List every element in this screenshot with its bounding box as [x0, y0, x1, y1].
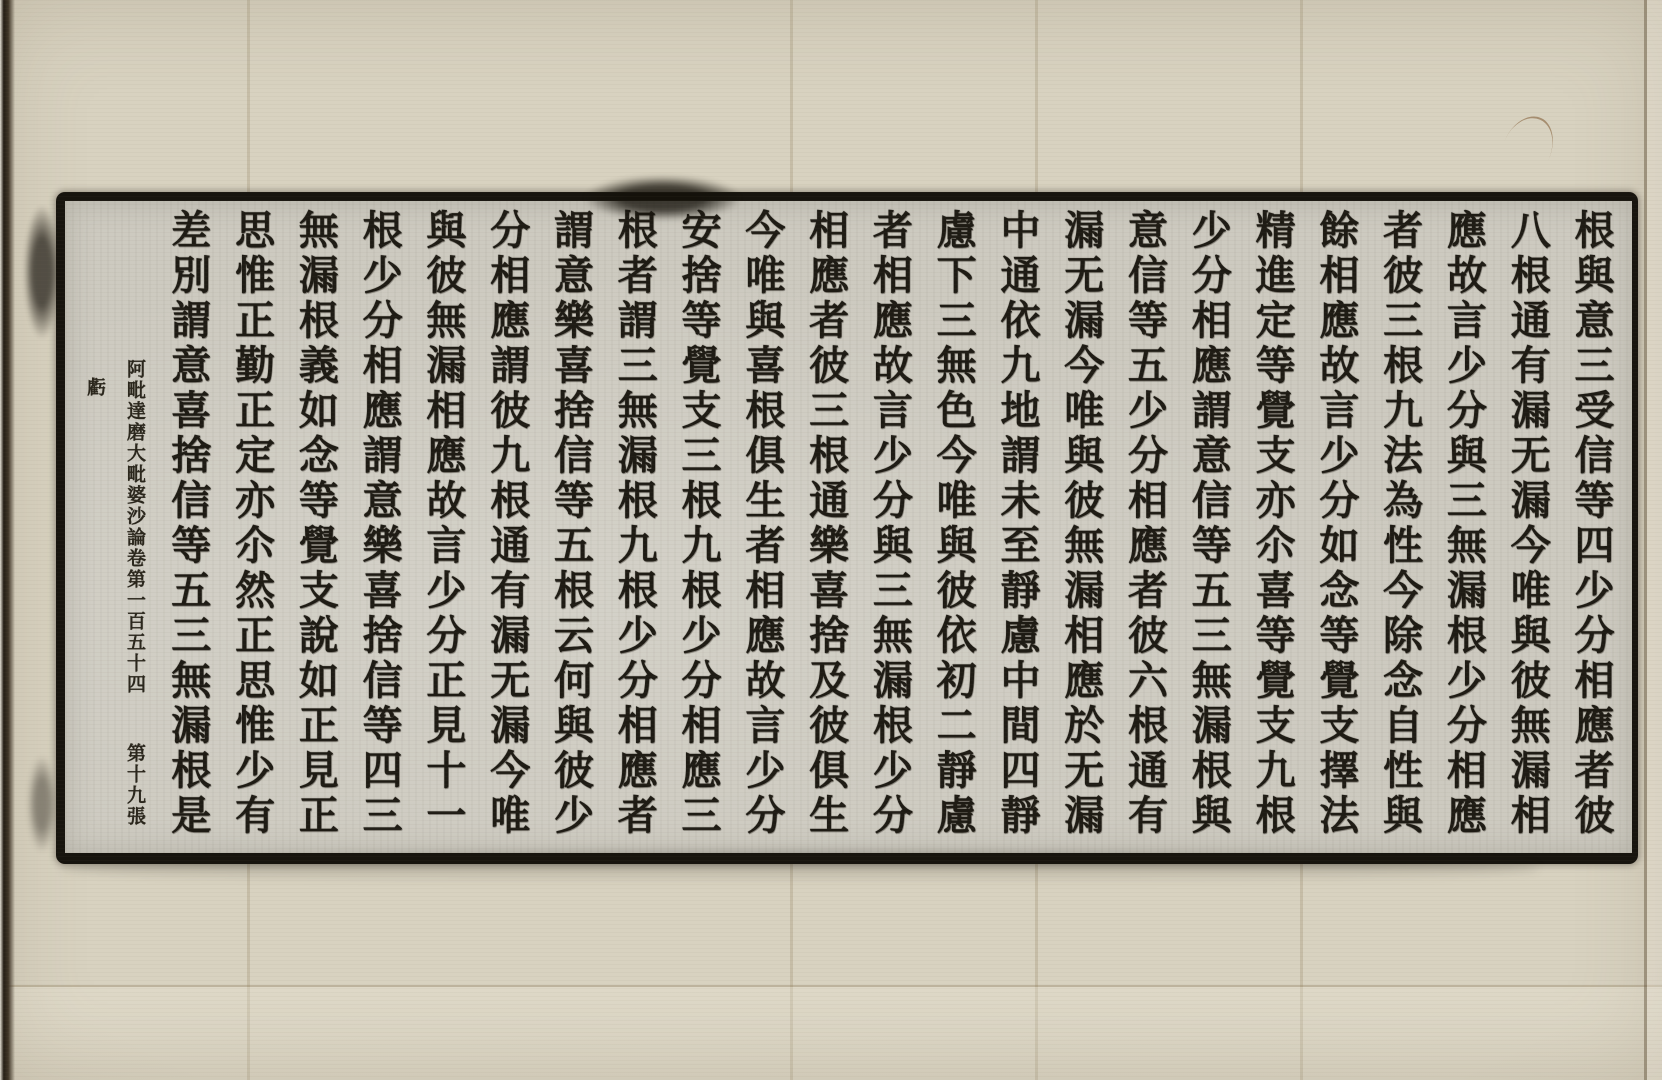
text-column: 安捨等覺支三根九根少分相應三 — [667, 209, 729, 845]
text-block-frame: 根與意三受信等四少分相應者彼 八根通有漏无漏今唯與彼無漏相 應故言少分與三無漏根… — [56, 192, 1638, 864]
colophon-column: 阿毗達磨大毗婆沙論卷第一百五十四 第十九張 虧 — [75, 209, 155, 845]
text-column: 根與意三受信等四少分相應者彼 — [1560, 209, 1622, 845]
text-column: 八根通有漏无漏今唯與彼無漏相 — [1496, 209, 1558, 845]
text-column: 慮下三無色今唯與彼依初二靜慮 — [922, 209, 984, 845]
text-column: 相應者彼三根通樂喜捨及彼俱生 — [795, 209, 857, 845]
colophon-title: 阿毗達磨大毗婆沙論卷第一百五十四 — [124, 359, 146, 695]
text-column: 根者謂三無漏根九根少分相應者 — [603, 209, 665, 845]
text-column: 差別謂意喜捨信等五三無漏根是 — [157, 209, 219, 845]
text-column: 根少分相應謂意樂喜捨信等四三 — [348, 209, 410, 845]
text-column: 者相應故言少分與三無漏根少分 — [858, 209, 920, 845]
text-column: 與彼無漏相應故言少分正見十一 — [412, 209, 474, 845]
text-column: 謂意樂喜捨信等五根云何與彼少 — [539, 209, 601, 845]
text-column: 今唯與喜根俱生者相應故言少分 — [731, 209, 793, 845]
text-column: 思惟正勤正定亦尒然正思惟少有 — [221, 209, 283, 845]
text-column: 意信等五少分相應者彼六根通有 — [1114, 209, 1176, 845]
text-column: 應故言少分與三無漏根少分相應 — [1432, 209, 1494, 845]
scanned-sutra-page: 根與意三受信等四少分相應者彼 八根通有漏无漏今唯與彼無漏相 應故言少分與三無漏根… — [0, 0, 1662, 1080]
text-columns: 根與意三受信等四少分相應者彼 八根通有漏无漏今唯與彼無漏相 應故言少分與三無漏根… — [65, 201, 1632, 853]
colophon-volume-marker: 虧 — [84, 377, 106, 398]
text-column: 精進定等覺支亦尒喜等覺支九根 — [1241, 209, 1303, 845]
text-column: 餘相應故言少分如念等覺支擇法 — [1305, 209, 1367, 845]
ink-blot-left-margin — [28, 756, 56, 852]
page-right-margin — [1647, 0, 1662, 1080]
text-column: 少分相應謂意信等五三無漏根與 — [1177, 209, 1239, 845]
text-column: 無漏根義如念等覺支說如正見正 — [284, 209, 346, 845]
page-right-edge-crease — [1644, 0, 1647, 1080]
colophon-sheet-number: 第十九張 — [124, 743, 146, 827]
text-column: 分相應謂彼九根通有漏无漏今唯 — [476, 209, 538, 845]
paper-fibre-mark — [1501, 108, 1563, 168]
ink-blot-left-margin — [24, 206, 60, 338]
text-column: 中通依九地謂未至靜慮中間四靜 — [986, 209, 1048, 845]
page-left-edge — [0, 0, 15, 1080]
paper-fold-band — [0, 987, 1662, 1080]
text-column: 漏无漏今唯與彼無漏相應於无漏 — [1050, 209, 1112, 845]
text-column: 者彼三根九法為性今除念自性與 — [1369, 209, 1431, 845]
